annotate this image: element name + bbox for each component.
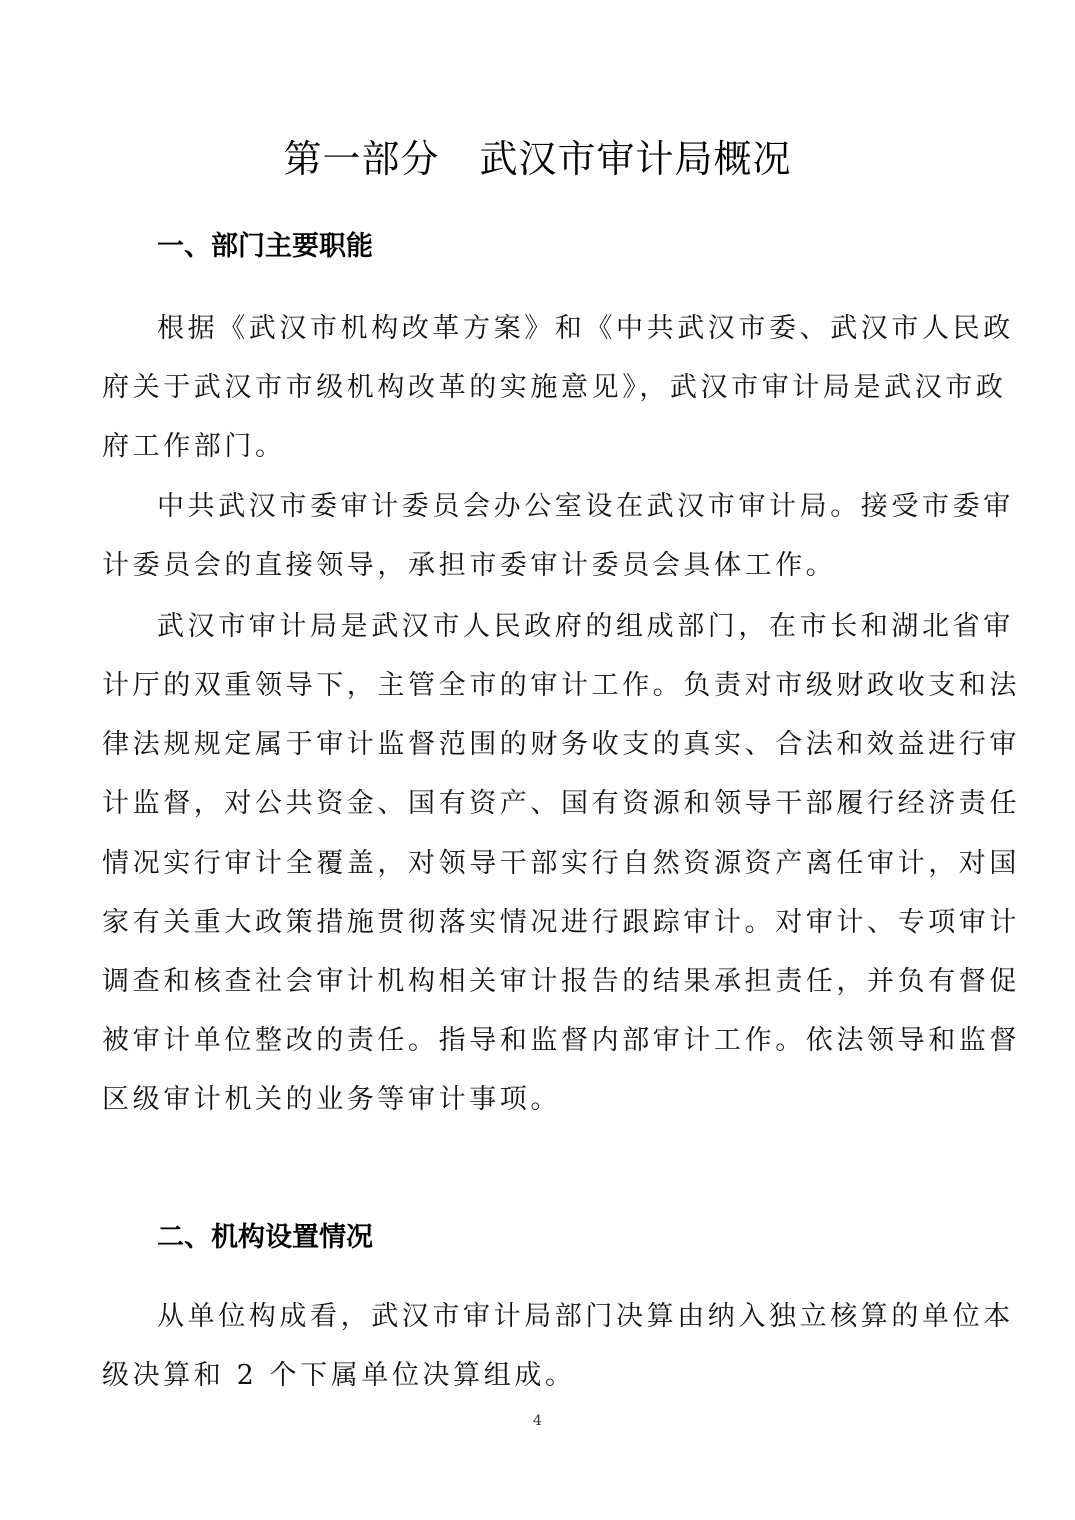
paragraph-line: 计监督，对公共资金、国有资产、国有资源和领导干部履行经济责任 [102, 787, 977, 821]
paragraph-line: 级决算和 2 个下属单位决算组成。 [102, 1359, 977, 1393]
paragraph-line: 府工作部门。 [102, 430, 977, 464]
paragraph-line: 家有关重大政策措施贯彻落实情况进行跟踪审计。对审计、专项审计 [102, 906, 977, 940]
paragraph-line: 区级审计机关的业务等审计事项。 [102, 1083, 977, 1117]
paragraph-line: 武汉市审计局是武汉市人民政府的组成部门，在市长和湖北省审 [157, 610, 977, 644]
section-heading-functions: 一、部门主要职能 [157, 230, 373, 264]
section-heading-structure: 二、机构设置情况 [157, 1221, 373, 1255]
paragraph-line: 情况实行审计全覆盖，对领导干部实行自然资源资产离任审计，对国 [102, 847, 977, 881]
paragraph-line: 计厅的双重领导下，主管全市的审计工作。负责对市级财政收支和法 [102, 669, 977, 703]
paragraph-line: 根据《武汉市机构改革方案》和《中共武汉市委、武汉市人民政 [157, 312, 977, 346]
paragraph-line: 调查和核查社会审计机构相关审计报告的结果承担责任，并负有督促 [102, 965, 977, 999]
paragraph-line: 律法规规定属于审计监督范围的财务收支的真实、合法和效益进行审 [102, 728, 977, 762]
paragraph-line: 计委员会的直接领导，承担市委审计委员会具体工作。 [102, 549, 977, 583]
title-main: 武汉市审计局概况 [480, 137, 792, 181]
page-number: 4 [0, 1413, 1075, 1429]
paragraph-line: 被审计单位整改的责任。指导和监督内部审计工作。依法领导和监督 [102, 1024, 977, 1058]
title-part: 第一部分 [283, 137, 439, 181]
paragraph-line: 中共武汉市委审计委员会办公室设在武汉市审计局。接受市委审 [157, 490, 977, 524]
paragraph-line: 从单位构成看，武汉市审计局部门决算由纳入独立核算的单位本 [157, 1300, 977, 1334]
paragraph-line: 府关于武汉市市级机构改革的实施意见》，武汉市审计局是武汉市政 [102, 371, 977, 405]
page-title: 第一部分武汉市审计局概况 [0, 135, 1075, 183]
